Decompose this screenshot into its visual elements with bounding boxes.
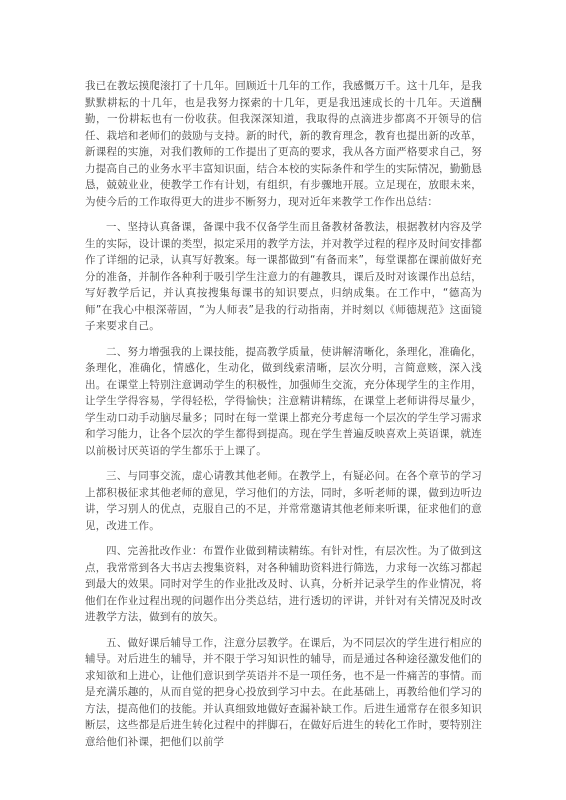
paragraph-point-5: 五、做好课后辅导工作，注意分层教学。在课后，为不同层次的学生进行相应的辅导。对后… — [85, 635, 482, 751]
document-text-block: 我已在教坛摸爬滚打了十几年。回顾近十几年的工作，我感慨万千。这十几年，是我默默耕… — [85, 78, 482, 759]
document-page: 我已在教坛摸爬滚打了十几年。回顾近十几年的工作，我感慨万千。这十几年，是我默默耕… — [0, 0, 566, 800]
paragraph-point-1: 一、坚持认真备课，备课中我不仅备学生而且备教材备教法，根据教材内容及学生的实际，… — [85, 219, 482, 335]
paragraph-point-3: 三、与同事交流，虚心请教其他老师。在教学上，有疑必问。在各个章节的学习上都积极征… — [85, 468, 482, 534]
paragraph-point-2: 二、努力增强我的上课技能，提高教学质量，使讲解清晰化，条理化，准确化，条理化，准… — [85, 344, 482, 460]
paragraph-point-4: 四、完善批改作业：布置作业做到精读精练。有针对性，有层次性。为了做到这点，我常常… — [85, 543, 482, 626]
paragraph-intro: 我已在教坛摸爬滚打了十几年。回顾近十几年的工作，我感慨万千。这十几年，是我默默耕… — [85, 78, 482, 210]
